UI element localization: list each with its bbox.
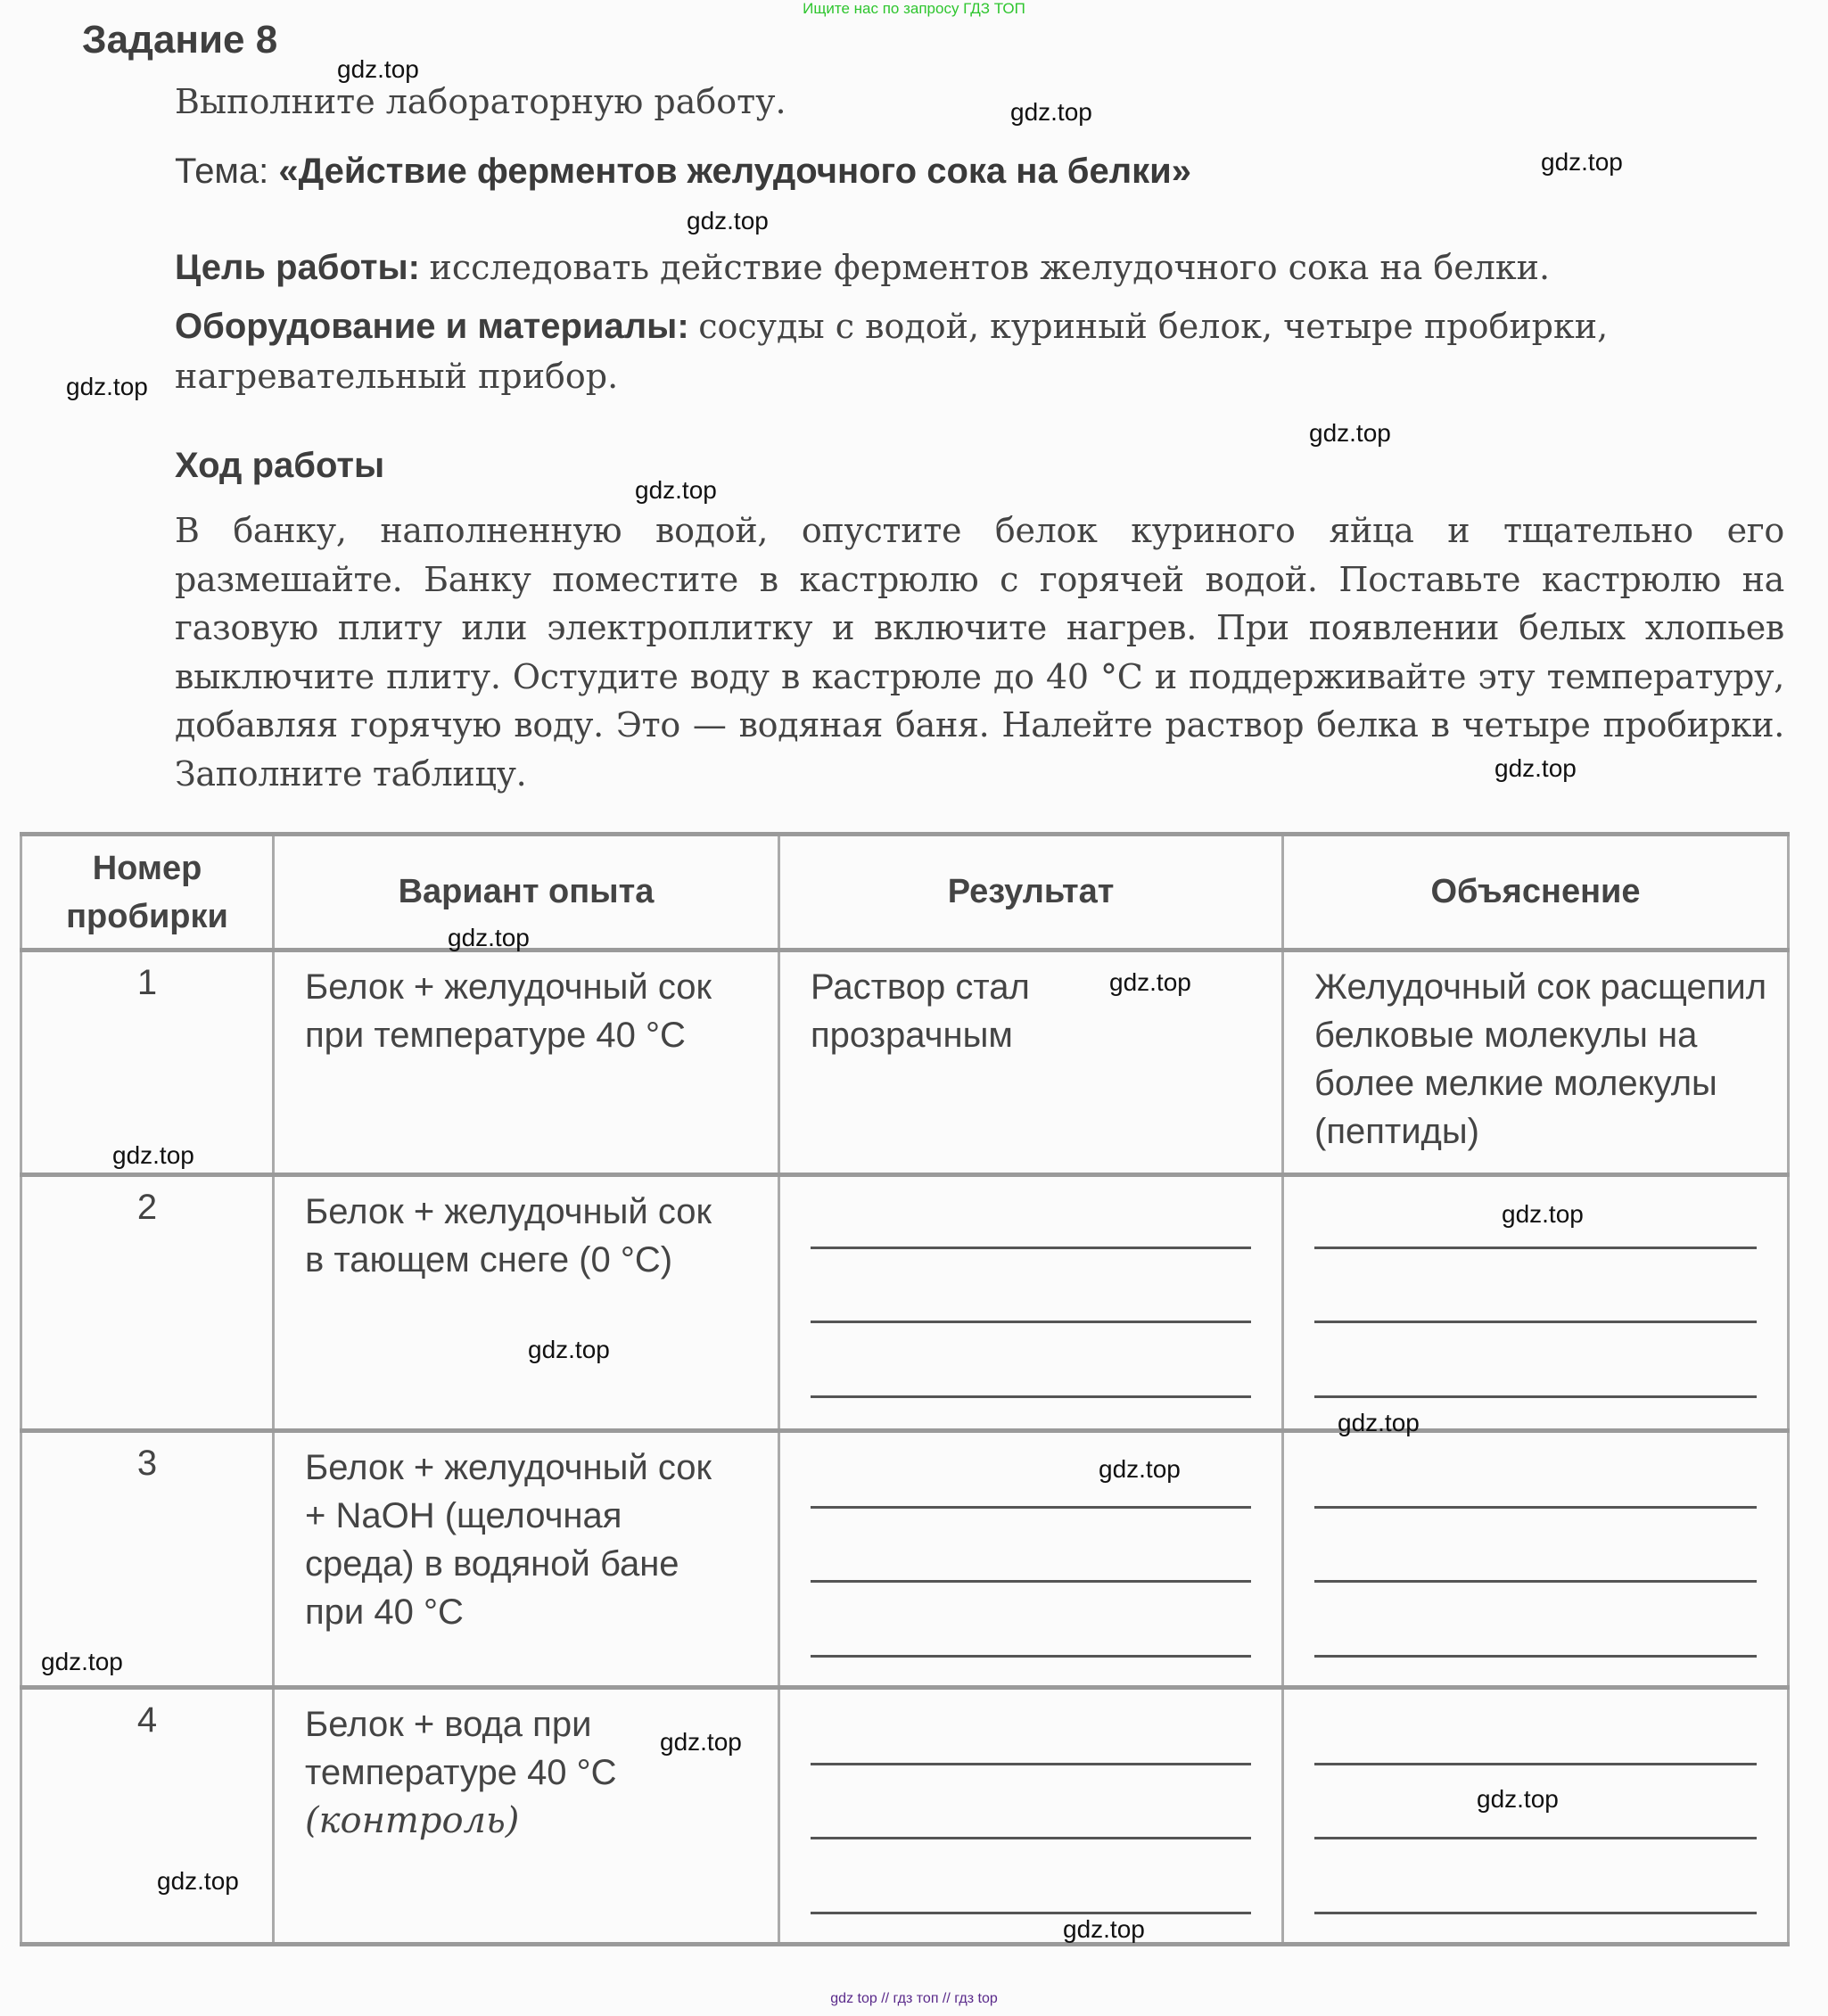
answer-line[interactable] — [1314, 1506, 1757, 1509]
explanation-cell[interactable] — [1283, 1431, 1789, 1688]
table-row: 1 Белок + желудочный сок при температуре… — [21, 950, 1789, 1175]
answer-line[interactable] — [811, 1912, 1251, 1914]
watermark: gdz.top — [337, 55, 419, 84]
watermark: gdz.top — [1477, 1785, 1559, 1814]
result-cell[interactable] — [779, 1175, 1283, 1431]
watermark: gdz.top — [157, 1867, 239, 1896]
table-header-row: Номер пробирки Вариант опыта Результат О… — [21, 835, 1789, 950]
result-cell[interactable] — [779, 1688, 1283, 1945]
control-note: (контроль) — [305, 1800, 519, 1841]
answer-line[interactable] — [1314, 1837, 1757, 1839]
watermark: gdz.top — [448, 924, 530, 952]
watermark: gdz.top — [112, 1141, 194, 1170]
watermark: gdz.top — [1495, 754, 1577, 783]
watermark: gdz.top — [1541, 148, 1623, 177]
watermark: gdz.top — [687, 207, 769, 235]
footer: gdz top // гдз топ // гдз top — [0, 1990, 1828, 2008]
topic-label: Тема: — [175, 152, 268, 191]
answer-line[interactable] — [1314, 1247, 1757, 1249]
results-table: Номер пробирки Вариант опыта Результат О… — [20, 832, 1790, 1946]
watermark: gdz.top — [1338, 1409, 1420, 1437]
variant-cell: Белок + вода при температуре 40 °С (конт… — [274, 1688, 779, 1945]
goal: Цель работы: исследовать действие фермен… — [175, 248, 1550, 288]
variant-cell: Белок + желудочный сок + NaOH (щелочная … — [274, 1431, 779, 1688]
equipment-value-cont: нагревательный прибор. — [175, 357, 618, 396]
answer-line[interactable] — [811, 1247, 1251, 1249]
answer-line[interactable] — [1314, 1321, 1757, 1323]
equipment-label: Оборудование и материалы: — [175, 307, 689, 346]
equipment-value: сосуды с водой, куриный белок, четыре пр… — [698, 307, 1608, 346]
task-title: Задание 8 — [82, 18, 277, 62]
variant-cell: Белок + желудочный сок в тающем снеге (0… — [274, 1175, 779, 1431]
watermark: gdz.top — [66, 373, 148, 401]
topic-value: «Действие ферментов желудочного сока на … — [278, 152, 1191, 191]
tube-number: 4 — [21, 1688, 274, 1945]
watermark: gdz.top — [1109, 968, 1191, 997]
top-banner: Ищите нас по запросу ГДЗ ТОП — [0, 0, 1828, 18]
header-tube-number: Номер пробирки — [21, 835, 274, 950]
watermark: gdz.top — [635, 476, 717, 505]
task-instruction: Выполните лабораторную работу. — [175, 82, 786, 121]
variant-text: Белок + вода при температуре 40 °С — [305, 1705, 617, 1792]
watermark: gdz.top — [1063, 1915, 1145, 1944]
watermark: gdz.top — [1099, 1455, 1181, 1484]
watermark: gdz.top — [1309, 419, 1391, 448]
goal-label: Цель работы: — [175, 248, 420, 287]
answer-line[interactable] — [811, 1580, 1251, 1583]
equipment: Оборудование и материалы: сосуды с водой… — [175, 307, 1608, 347]
watermark: gdz.top — [41, 1648, 123, 1676]
watermark: gdz.top — [1502, 1200, 1584, 1229]
answer-line[interactable] — [1314, 1580, 1757, 1583]
answer-line[interactable] — [811, 1837, 1251, 1839]
watermark: gdz.top — [660, 1728, 742, 1757]
explanation-cell[interactable]: Желудочный сок расщепил белковые молекул… — [1283, 950, 1789, 1175]
variant-cell: Белок + желудочный сок при температуре 4… — [274, 950, 779, 1175]
topic: Тема: «Действие ферментов желудочного со… — [175, 152, 1191, 192]
answer-line[interactable] — [811, 1506, 1251, 1509]
tube-number: 2 — [21, 1175, 274, 1431]
procedure-heading: Ход работы — [175, 446, 384, 486]
explanation-cell[interactable] — [1283, 1688, 1789, 1945]
header-result: Результат — [779, 835, 1283, 950]
result-cell[interactable] — [779, 1431, 1283, 1688]
watermark: gdz.top — [528, 1336, 610, 1364]
answer-line[interactable] — [1314, 1655, 1757, 1658]
answer-line[interactable] — [811, 1395, 1251, 1398]
answer-line[interactable] — [1314, 1912, 1757, 1914]
answer-line[interactable] — [1314, 1395, 1757, 1398]
answer-line[interactable] — [1314, 1763, 1757, 1765]
watermark: gdz.top — [1010, 98, 1092, 127]
table-row: 4 Белок + вода при температуре 40 °С (ко… — [21, 1688, 1789, 1945]
result-cell[interactable]: Раствор стал прозрачным — [779, 950, 1283, 1175]
answer-line[interactable] — [811, 1655, 1251, 1658]
answer-line[interactable] — [811, 1321, 1251, 1323]
table-row: 3 Белок + желудочный сок + NaOH (щелочна… — [21, 1431, 1789, 1688]
goal-value: исследовать действие ферментов желудочно… — [430, 248, 1551, 287]
answer-line[interactable] — [811, 1763, 1251, 1765]
header-explanation: Объяснение — [1283, 835, 1789, 950]
